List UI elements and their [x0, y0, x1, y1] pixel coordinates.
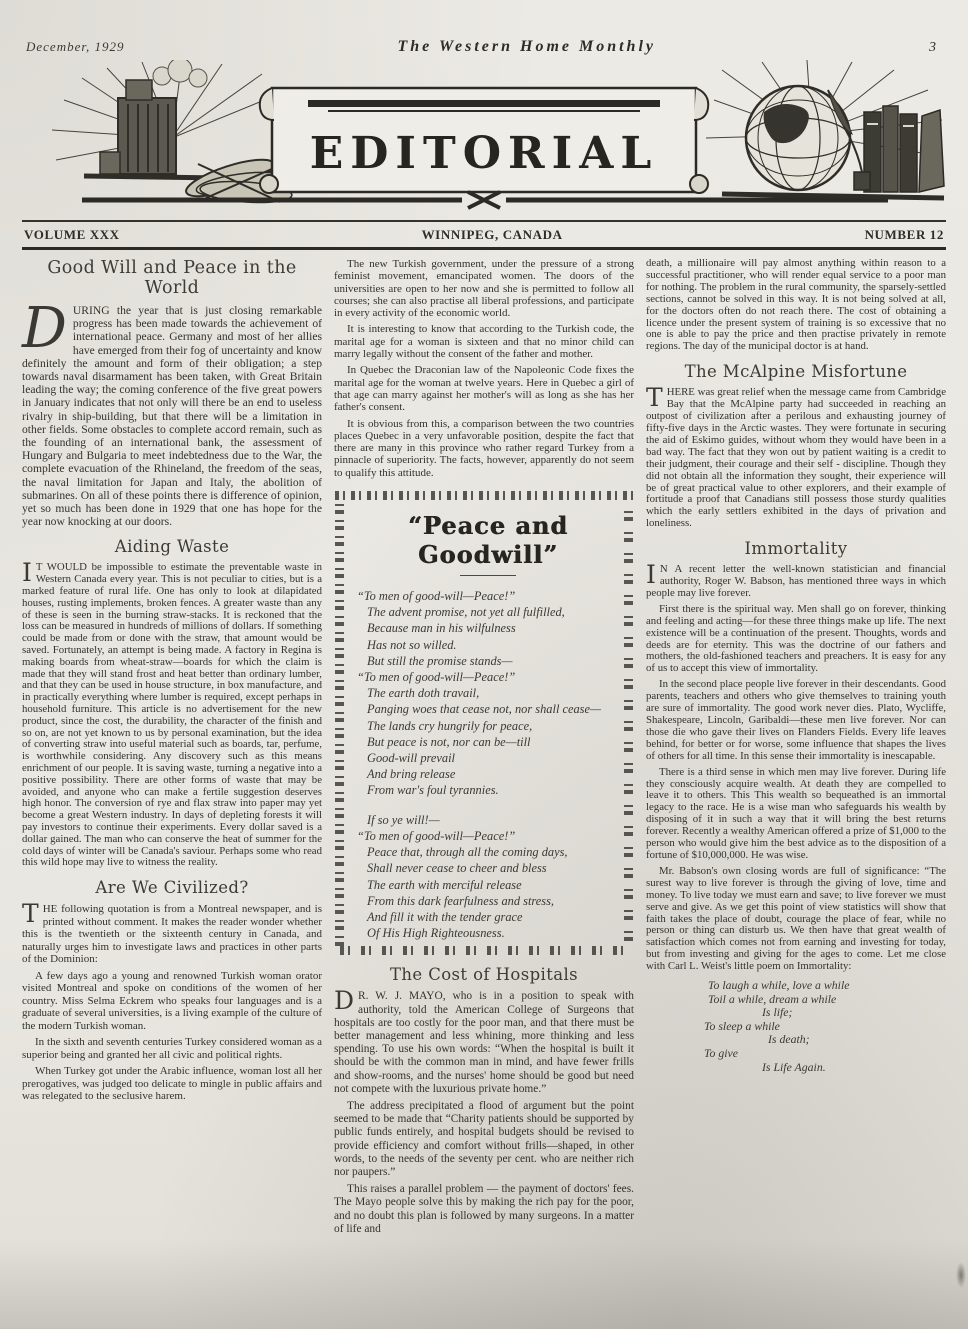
poem-line: Because man in his wilfulness [357, 620, 619, 636]
column-3: death, a millionaire will pay almost any… [646, 258, 946, 1236]
article-heading-peace: Good Will and Peace in the World [22, 258, 322, 298]
editorial-banner: EDITORIAL [22, 60, 946, 218]
peace-goodwill-poem-box: “Peace and Goodwill” “To men of good-wil… [335, 491, 633, 955]
article-paragraph: DR. W. J. MAYO, who is in a position to … [334, 990, 634, 1096]
poem-line: The advent promise, not yet all fulfille… [357, 604, 619, 620]
article-heading-waste: Aiding Waste [22, 537, 322, 556]
banner-illustration: EDITORIAL [22, 60, 946, 218]
poem-line: But still the promise stands— [357, 653, 619, 669]
magazine-title: The Western Home Monthly [397, 38, 656, 56]
poem-line: The earth doth travail, [357, 685, 619, 701]
article-paragraph: The address precipitated a flood of argu… [334, 1100, 634, 1179]
article-paragraph: This raises a parallel problem — the pay… [334, 1183, 634, 1236]
poem-title: “Peace and Goodwill” [357, 511, 619, 569]
magazine-page: December, 1929 The Western Home Monthly … [0, 0, 968, 1236]
vine-border-left [335, 500, 344, 946]
vine-border-bottom [335, 946, 633, 955]
paragraph-text: HE following quotation is from a Montrea… [22, 903, 322, 965]
poem-divider [460, 575, 516, 576]
drop-cap: I [22, 562, 36, 583]
page-shadow-vignette [0, 1239, 968, 1329]
article-paragraph: When Turkey got under the Arabic influen… [22, 1065, 322, 1103]
poem-line: The lands cry hungrily for peace, [357, 718, 619, 734]
poem-line: Of His High Righteousness. [357, 925, 619, 941]
drop-cap: D [22, 304, 73, 350]
poem-line: To laugh a while, love a while [708, 979, 946, 993]
poem-line: “To men of good-will—Peace!” [357, 828, 619, 844]
article-paragraph: THERE was great relief when the message … [646, 387, 946, 530]
poem-line: To sleep a while [704, 1020, 946, 1034]
poem-line: Good-will prevail [357, 750, 619, 766]
vine-border-right [624, 500, 633, 946]
poem-line: Panging woes that cease not, nor shall c… [357, 701, 619, 717]
article-paragraph: IN A recent letter the well-known statis… [646, 564, 946, 600]
poem-line: Has not so willed. [357, 637, 619, 653]
article-paragraph: In the sixth and seventh centuries Turke… [22, 1036, 322, 1061]
article-paragraph: DURING the year that is just closing rem… [22, 304, 322, 528]
article-paragraph: death, a millionaire will pay almost any… [646, 258, 946, 353]
article-paragraph: It is interesting to know that according… [334, 323, 634, 360]
poem-line: The earth with merciful release [357, 877, 619, 893]
number-label: NUMBER 12 [865, 227, 944, 243]
editorial-scroll: EDITORIAL [260, 88, 709, 193]
article-heading-immortality: Immortality [646, 539, 946, 558]
poem-line: From war's foul tyrannies. [357, 782, 619, 798]
vine-border-top [335, 491, 633, 500]
poem-line: Is life; [762, 1006, 946, 1020]
masthead-rule-bottom [22, 247, 946, 250]
paragraph-text: N A recent letter the well-known statist… [646, 563, 946, 599]
immortality-poem: To laugh a while, love a while Toil a wh… [646, 979, 946, 1074]
banner-title: EDITORIAL [310, 128, 659, 179]
article-paragraph: Mr. Babson's own closing words are full … [646, 866, 946, 973]
poem-line: “To men of good-will—Peace!” [357, 588, 619, 604]
drop-cap: D [334, 990, 358, 1011]
running-head: December, 1929 The Western Home Monthly … [22, 30, 946, 58]
article-paragraph: A few days ago a young and renowned Turk… [22, 970, 322, 1033]
article-heading-civilized: Are We Civilized? [22, 878, 322, 897]
books-icon [864, 106, 944, 192]
poem-line: But peace is not, nor can be—till [357, 734, 619, 750]
article-paragraph: THE following quotation is from a Montre… [22, 903, 322, 966]
paragraph-text: HERE was great relief when the message c… [646, 386, 946, 529]
article-heading-hospitals: The Cost of Hospitals [334, 965, 634, 984]
article-paragraph: First there is the spiritual way. Men sh… [646, 604, 946, 675]
poem-line: From this dark fearfulness and stress, [357, 893, 619, 909]
ground-line-right [722, 194, 944, 198]
poem-line: Is death; [768, 1033, 946, 1047]
poem-line: Toil a while, dream a while [708, 993, 946, 1007]
article-paragraph: In Quebec the Draconian law of the Napol… [334, 364, 634, 413]
article-paragraph: In the second place people live forever … [646, 679, 946, 762]
poem-line: If so ye will!— [357, 812, 619, 828]
article-columns: Good Will and Peace in the World DURING … [22, 258, 946, 1236]
article-paragraph: IT WOULD be impossible to estimate the p… [22, 562, 322, 869]
column-1: Good Will and Peace in the World DURING … [22, 258, 322, 1236]
scan-smudge [956, 1262, 966, 1288]
article-paragraph: There is a third sense in which men may … [646, 767, 946, 862]
volume-label: VOLUME XXX [24, 227, 120, 243]
masthead: VOLUME XXX WINNIPEG, CANADA NUMBER 12 [22, 222, 946, 247]
issue-date: December, 1929 [26, 39, 124, 55]
drop-cap: T [646, 387, 667, 408]
poem-line: “To men of good-will—Peace!” [357, 669, 619, 685]
paragraph-text: R. W. J. MAYO, who is in a position to s… [334, 990, 634, 1094]
poem-line: And fill it with the tender grace [357, 909, 619, 925]
page-number: 3 [929, 40, 942, 56]
poem-line: To give [704, 1047, 946, 1061]
location-label: WINNIPEG, CANADA [422, 227, 563, 243]
article-paragraph: It is obvious from this, a comparison be… [334, 418, 634, 479]
poem-line: Is Life Again. [762, 1061, 946, 1075]
article-paragraph: The new Turkish government, under the pr… [334, 258, 634, 319]
poem-stanza-1: “To men of good-will—Peace!” The advent … [357, 588, 619, 799]
poem-line: Peace that, through all the coming days, [357, 844, 619, 860]
column-2: The new Turkish government, under the pr… [334, 258, 634, 1236]
poem-line: Shall never cease to cheer and bless [357, 860, 619, 876]
poem-line: And bring release [357, 766, 619, 782]
paragraph-text: T WOULD be impossible to estimate the pr… [22, 561, 322, 868]
poem-stanza-2: If so ye will!— “To men of good-will—Pea… [357, 812, 619, 942]
drop-cap: T [22, 903, 43, 924]
article-heading-mcalpine: The McAlpine Misfortune [646, 362, 946, 381]
drop-cap: I [646, 564, 660, 585]
